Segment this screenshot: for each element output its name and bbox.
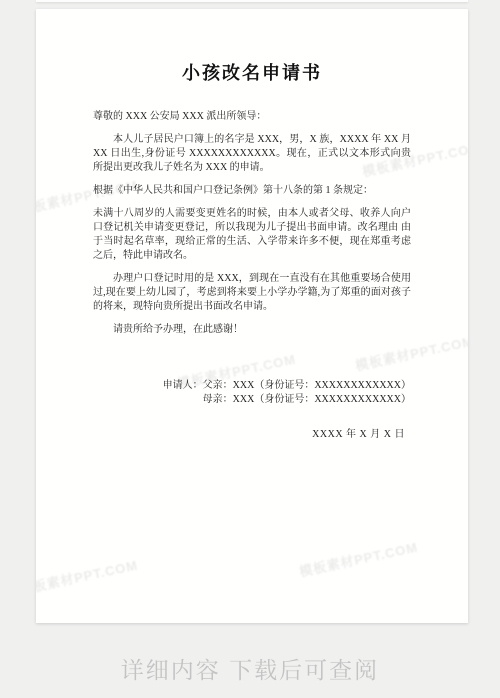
- paragraph: 本人儿子居民户口簿上的名字是 XXX，男，X 族，XXXX 年 XX 月 XX …: [93, 133, 411, 175]
- document-paragraphs: 本人儿子居民户口簿上的名字是 XXX，男，X 族，XXXX 年 XX 月 XX …: [93, 133, 411, 337]
- watermark-text: 模板素材PPT.COM: [36, 555, 139, 599]
- applicant-father-line: 申请人：父亲：XXX（身份证号：XXXXXXXXXXXX）: [93, 379, 411, 393]
- signature-block: 申请人：父亲：XXX（身份证号：XXXXXXXXXXXX） 母亲：XXX（身份证…: [93, 379, 411, 407]
- paragraph: 未满十八周岁的人需要变更姓名的时候，由本人或者父母、收养人向户口登记机关申请变更…: [93, 207, 411, 263]
- previous-page-edge: [36, 0, 468, 2]
- download-hint-caption: 详细内容 下载后可查阅: [0, 652, 500, 685]
- document-page: 模板素材PPT.COM 模板素材PPT.COM 模板素材PPT.COM 模板素材…: [36, 9, 468, 623]
- paragraph: 根据《中华人民共和国户口登记条例》第十八条的第 1 条规定：: [93, 184, 411, 198]
- paragraph: 请贵所给予办理，在此感谢！: [93, 323, 411, 337]
- document-content: 小孩改名申请书 尊敬的 XXX 公安局 XXX 派出所领导： 本人儿子居民户口簿…: [36, 59, 468, 442]
- date-line: XXXX 年 X 月 X 日: [93, 428, 411, 442]
- document-title: 小孩改名申请书: [93, 59, 411, 85]
- paragraph: 办理户口登记时用的是 XXX，到现在一直没有在其他重要场合使用过,现在要上幼儿园…: [93, 272, 411, 314]
- watermark-text: 模板素材PPT.COM: [297, 537, 419, 581]
- applicant-mother-line: 母亲：XXX（身份证号：XXXXXXXXXXXX）: [93, 393, 411, 407]
- salutation-line: 尊敬的 XXX 公安局 XXX 派出所领导：: [93, 110, 411, 124]
- document-preview: 模板素材PPT.COM 模板素材PPT.COM 模板素材PPT.COM 模板素材…: [0, 0, 500, 698]
